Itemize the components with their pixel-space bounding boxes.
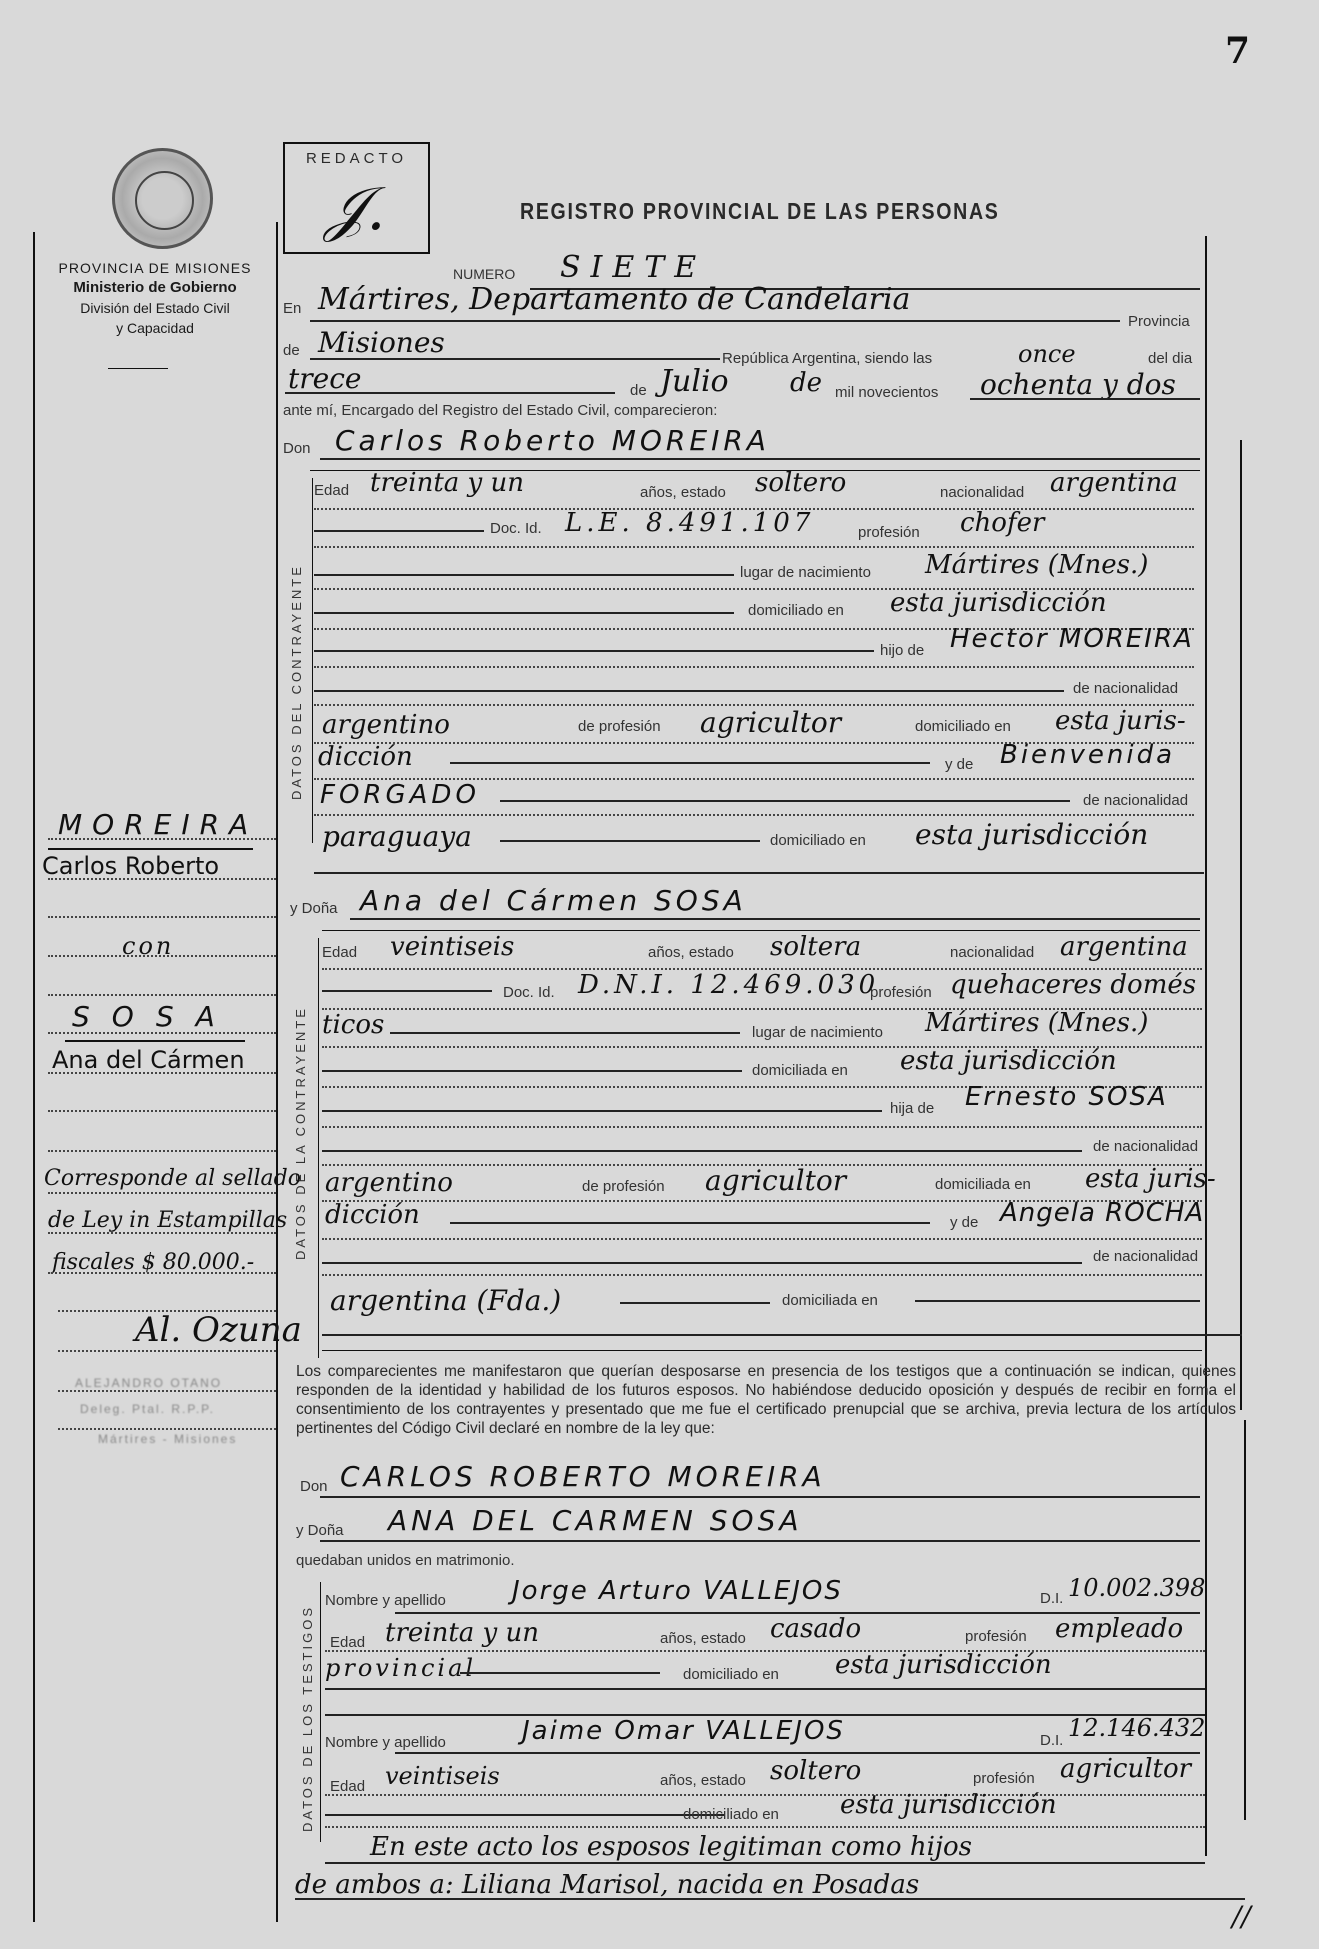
- del-dia-label: del dia: [1148, 350, 1192, 367]
- ante-label: ante mí, Encargado del Registro del Esta…: [283, 402, 717, 419]
- bride-mother-domicile-label: domiciliada en: [782, 1292, 878, 1309]
- bride-father-label: hija de: [890, 1100, 934, 1117]
- witness-1-status: casado: [770, 1614, 861, 1644]
- bride-father-profession-label: de profesión: [582, 1178, 665, 1195]
- act-place: Mártires, Departamento de Candelaria: [318, 282, 910, 317]
- bride-birthplace-label: lugar de nacimiento: [752, 1024, 883, 1041]
- witness-1-di: 10.002.398: [1068, 1574, 1205, 1602]
- document-title: REGISTRO PROVINCIAL DE LAS PERSONAS: [520, 198, 1000, 225]
- groom-nationality-label: nacionalidad: [940, 484, 1024, 501]
- groom-profession: chofer: [960, 508, 1044, 538]
- groom-mother-domicile: esta jurisdicción: [915, 818, 1148, 851]
- province-seal-icon: [112, 148, 213, 249]
- groom-birthplace: Mártires (Mnes.): [925, 550, 1148, 580]
- de-label: de: [283, 342, 300, 359]
- bride-domicile: esta jurisdicción: [900, 1046, 1117, 1076]
- act-province: Misiones: [318, 326, 445, 359]
- witness-1-profession-1: empleado: [1055, 1614, 1183, 1644]
- groom-father-label: hijo de: [880, 642, 924, 659]
- division-name: División del Estado Civil: [40, 298, 270, 318]
- groom-name: Carlos Roberto MOREIRA: [335, 424, 770, 457]
- bride-doc-label: Doc. Id.: [503, 984, 555, 1001]
- bride-status: soltera: [770, 932, 861, 962]
- bride-father-domicile-2: dicción: [325, 1200, 420, 1230]
- registrar-stamp-title: Deleg. Ptal. R.P.P.: [80, 1402, 215, 1416]
- bride-father: Ernesto SOSA: [965, 1082, 1168, 1112]
- bride-mother-nationality-label: de nacionalidad: [1093, 1248, 1198, 1265]
- witness-1-name-label: Nombre y apellido: [325, 1592, 446, 1609]
- en-label: En: [283, 300, 301, 317]
- margin-note-2: de Ley in Estampillas: [48, 1208, 287, 1233]
- province-name: PROVINCIA DE MISIONES: [40, 258, 270, 278]
- act-de-3: de: [790, 368, 822, 398]
- groom-mother-label: y de: [945, 756, 973, 773]
- bride-father-domicile-label: domiciliada en: [935, 1176, 1031, 1193]
- margin-given-2: Ana del Cármen: [52, 1046, 245, 1074]
- declaration-dona-label: y Doña: [296, 1522, 344, 1539]
- republica-label: República Argentina, siendo las: [722, 350, 932, 367]
- witness-1-age-label: Edad: [330, 1634, 365, 1651]
- declaration-text: Los comparecientes me manifestaron que q…: [296, 1362, 1236, 1438]
- bride-age: veintiseis: [390, 932, 514, 962]
- groom-status-label: años, estado: [640, 484, 726, 501]
- registrar-stamp-name: ALEJANDRO OTANO: [75, 1376, 222, 1390]
- witnesses-section-label: DATOS DE LOS TESTIGOS: [300, 1605, 315, 1832]
- bride-domicile-label: domiciliada en: [752, 1062, 848, 1079]
- bride-status-label: años, estado: [648, 944, 734, 961]
- declaration-bride: ANA DEL CARMEN SOSA: [388, 1504, 803, 1537]
- act-month: Julio: [660, 364, 729, 399]
- bride-father-nationality: argentino: [325, 1168, 453, 1198]
- witness-2-di: 12.146.432: [1068, 1714, 1205, 1742]
- united-in-marriage: quedaban unidos en matrimonio.: [296, 1552, 514, 1569]
- bride-father-profession: agricultor: [705, 1164, 846, 1197]
- groom-mother-surname: FORGADO: [320, 780, 480, 810]
- redacto-initial: 𝒥.: [325, 174, 385, 244]
- groom-doc: L.E. 8.491.107: [565, 508, 814, 538]
- declaration-groom: CARLOS ROBERTO MOREIRA: [340, 1460, 826, 1493]
- groom-mother-nationality-label: de nacionalidad: [1083, 792, 1188, 809]
- groom-father-domicile-2: dicción: [318, 742, 413, 772]
- provincia-label: Provincia: [1128, 313, 1190, 330]
- witness-1-age: treinta y un: [385, 1618, 539, 1648]
- bride-name: Ana del Cármen SOSA: [360, 884, 747, 917]
- declaration-don-label: Don: [300, 1478, 328, 1495]
- witness-2-name-label: Nombre y apellido: [325, 1734, 446, 1751]
- groom-domicile-label: domiciliado en: [748, 602, 844, 619]
- groom-father-domicile-label: domiciliado en: [915, 718, 1011, 735]
- capacity-label: y Capacidad: [40, 318, 270, 338]
- groom-mother-given: Bienvenida: [1000, 740, 1175, 770]
- witness-2-status: soltero: [770, 1756, 861, 1786]
- witness-2-age: veintiseis: [385, 1762, 500, 1790]
- margin-surname-1: MOREIRA: [58, 808, 258, 841]
- groom-age-label: Edad: [314, 482, 349, 499]
- witness-2-profession-label: profesión: [973, 1770, 1035, 1787]
- registrar-stamp-place: Mártires - Misiones: [98, 1432, 237, 1446]
- bride-birthplace: Mártires (Mnes.): [925, 1008, 1148, 1038]
- groom-doc-label: Doc. Id.: [490, 520, 542, 537]
- groom-profession-label: profesión: [858, 524, 920, 541]
- continuation-mark: //: [1232, 1900, 1251, 1933]
- act-year: ochenta y dos: [980, 368, 1176, 401]
- bride-nationality: argentina: [1060, 932, 1188, 962]
- groom-father: Hector MOREIRA: [950, 624, 1194, 654]
- witness-2-profession-1: agricultor: [1060, 1754, 1191, 1784]
- witness-1-profession-2: provincial: [325, 1654, 476, 1682]
- groom-nationality: argentina: [1050, 468, 1178, 498]
- bride-mother-nationality: argentina (Fda.): [330, 1284, 561, 1317]
- groom-father-nationality: argentino: [322, 710, 450, 740]
- de-label-2: de: [630, 382, 647, 399]
- witness-2-age-label: Edad: [330, 1778, 365, 1795]
- registrar-signature: Al. Ozuna: [135, 1310, 302, 1350]
- witness-2-domicile: esta jurisdicción: [840, 1790, 1057, 1820]
- bride-mother-label: y de: [950, 1214, 978, 1231]
- bride-father-nationality-label: de nacionalidad: [1093, 1138, 1198, 1155]
- margin-note-1: Corresponde al sellado: [44, 1166, 301, 1191]
- margin-given-1: Carlos Roberto: [42, 852, 219, 880]
- bride-profession-label: profesión: [870, 984, 932, 1001]
- issuing-authority: PROVINCIA DE MISIONES Ministerio de Gobi…: [40, 258, 270, 338]
- groom-father-domicile-1: esta juris-: [1055, 706, 1186, 736]
- witness-2-di-label: D.I.: [1040, 1732, 1063, 1749]
- witness-1-domicile-label: domiciliado en: [683, 1666, 779, 1683]
- numero-label: NUMERO: [453, 266, 515, 282]
- bride-mother: Angela ROCHA: [1000, 1198, 1204, 1228]
- groom-birthplace-label: lugar de nacimiento: [740, 564, 871, 581]
- groom-mother-domicile-label: domiciliado en: [770, 832, 866, 849]
- groom-mother-nationality: paraguaya: [322, 820, 472, 853]
- witness-1-di-label: D.I.: [1040, 1590, 1063, 1607]
- bride-age-label: Edad: [322, 944, 357, 961]
- witness-1-domicile: esta jurisdicción: [835, 1650, 1052, 1680]
- bride-profession-2: ticos: [322, 1010, 384, 1040]
- witness-1-name: Jorge Arturo VALLEJOS: [512, 1576, 843, 1606]
- ministry-name: Ministerio de Gobierno: [40, 278, 270, 298]
- redacto-label: REDACTO: [285, 150, 428, 167]
- groom-section-label: DATOS DEL CONTRAYENTE: [289, 564, 304, 800]
- witness-2-status-label: años, estado: [660, 1772, 746, 1789]
- groom-father-profession: agricultor: [700, 706, 841, 739]
- legitimation-note-line-2: de ambos a: Liliana Marisol, nacida en P…: [295, 1870, 919, 1900]
- bride-father-domicile-1: esta juris-: [1085, 1164, 1216, 1194]
- bride-section-label: DATOS DE LA CONTRAYENTE: [293, 1006, 308, 1260]
- act-hour: once: [1018, 340, 1076, 368]
- groom-father-profession-label: de profesión: [578, 718, 661, 735]
- witness-1-status-label: años, estado: [660, 1630, 746, 1647]
- dona-label: y Doña: [290, 900, 338, 917]
- margin-surname-2: SOSA: [72, 1000, 237, 1033]
- groom-domicile: esta jurisdicción: [890, 588, 1107, 618]
- groom-status: soltero: [755, 468, 846, 498]
- act-day: trece: [288, 362, 361, 395]
- legitimation-note-line-1: En este acto los esposos legitiman como …: [370, 1832, 972, 1862]
- don-label: Don: [283, 440, 311, 457]
- witness-1-profession-label: profesión: [965, 1628, 1027, 1645]
- mil-label: mil novecientos: [835, 384, 938, 401]
- page-number: 7: [1225, 30, 1250, 72]
- bride-doc: D.N.I. 12.469.030: [578, 970, 879, 1000]
- act-number: SIETE: [560, 250, 706, 285]
- witness-2-domicile-label: domiciliado en: [683, 1806, 779, 1823]
- bride-profession-1: quehaceres domés: [950, 970, 1196, 1000]
- groom-father-nationality-label: de nacionalidad: [1073, 680, 1178, 697]
- witness-2-name: Jaime Omar VALLEJOS: [522, 1716, 845, 1746]
- groom-age: treinta y un: [370, 468, 524, 498]
- redacto-box: REDACTO 𝒥.: [283, 142, 430, 254]
- bride-nationality-label: nacionalidad: [950, 944, 1034, 961]
